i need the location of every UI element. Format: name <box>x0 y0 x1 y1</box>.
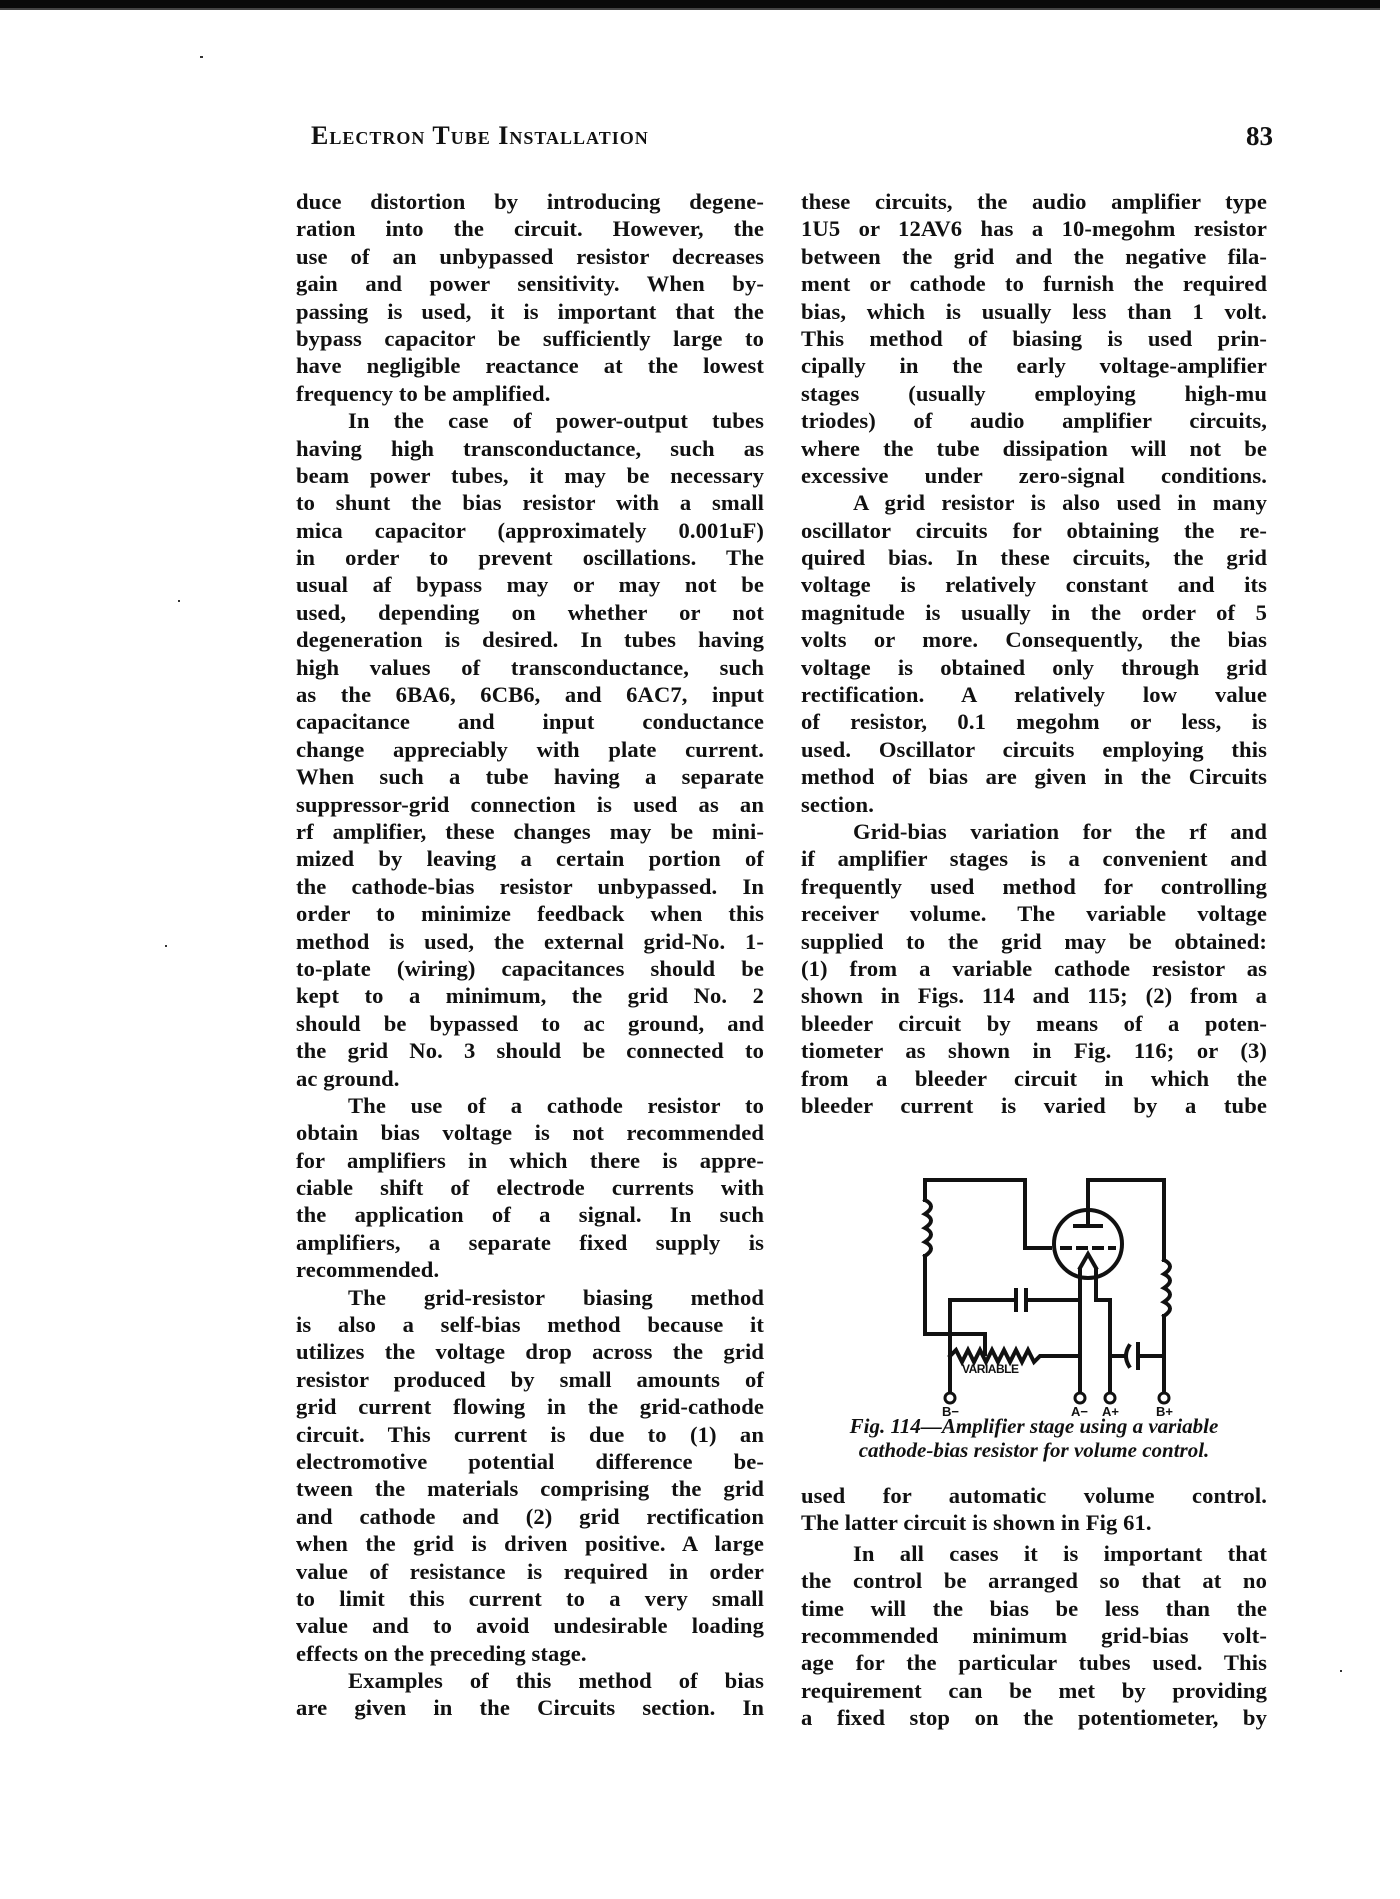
caption-line: cathode-bias resistor for volume control… <box>800 1438 1268 1462</box>
text-line: magnitude is usually in the order of 5 <box>801 599 1267 626</box>
text-line: quired bias. In these circuits, the grid <box>801 544 1267 571</box>
text-line: use of an unbypassed resistor decreases <box>296 243 764 270</box>
text-line: supplied to the grid may be obtained: <box>801 928 1267 955</box>
text-line: tiometer as shown in Fig. 116; or (3) <box>801 1037 1267 1064</box>
text-line: is also a self-bias method because it <box>296 1311 764 1338</box>
text-line: suppressor-grid connection is used as an <box>296 791 764 818</box>
text-line: kept to a minimum, the grid No. 2 <box>296 982 764 1009</box>
text-line: grid current flowing in the grid-cathode <box>296 1393 764 1420</box>
text-line: bleeder current is varied by a tube <box>801 1092 1267 1119</box>
text-line: value and to avoid undesirable loading <box>296 1612 764 1639</box>
text-line: ration into the circuit. However, the <box>296 215 764 242</box>
text-line: stages (usually employing high-mu <box>801 380 1267 407</box>
text-line: where the tube dissipation will not be <box>801 435 1267 462</box>
text-line: voltage is obtained only through grid <box>801 654 1267 681</box>
text-line: gain and power sensitivity. When by- <box>296 270 764 297</box>
term-circuits: Circuits <box>1189 764 1267 789</box>
text-line: excessive under zero-signal conditions. <box>801 462 1267 489</box>
scan-speck <box>178 600 180 602</box>
text-line: method is used, the external grid-No. 1- <box>296 928 764 955</box>
text-line: The latter circuit is shown in Fig 61. <box>801 1509 1267 1536</box>
text-line: frequently used method for controlling <box>801 873 1267 900</box>
text-line: electromotive potential difference be- <box>296 1448 764 1475</box>
text-line: obtain bias voltage is not recommended <box>296 1119 764 1146</box>
text-line: duce distortion by introducing degene- <box>296 188 764 215</box>
text-line: utilizes the voltage drop across the gri… <box>296 1338 764 1365</box>
text-line: voltage is relatively constant and its <box>801 571 1267 598</box>
text-line: used. Oscillator circuits employing this <box>801 736 1267 763</box>
text-line: section. <box>801 791 1267 818</box>
text-fragment: biasing method <box>583 1285 764 1310</box>
text-line: to limit this current to a very small <box>296 1585 764 1612</box>
paragraph-start-grid-bias: Grid-bias variation for the rf and <box>801 818 1267 845</box>
text-line: resistor produced by small amounts of <box>296 1366 764 1393</box>
right-column: these circuits, the audio amplifier type… <box>801 188 1267 1119</box>
text-line: receiver volume. The variable voltage <box>801 900 1267 927</box>
text-line: bias, which is usually less than 1 volt. <box>801 298 1267 325</box>
scan-top-edge <box>0 0 1380 8</box>
text-line: the grid No. 3 should be connected to <box>296 1037 764 1064</box>
text-line: mica capacitor (approximately 0.001uF) <box>296 517 764 544</box>
text-line: these circuits, the audio amplifier type <box>801 188 1267 215</box>
text-line: change appreciably with plate current. <box>296 736 764 763</box>
text-line: usual af bypass may or may not be <box>296 571 764 598</box>
text-line: When such a tube having a separate <box>296 763 764 790</box>
text-line: should be bypassed to ac ground, and <box>296 1010 764 1037</box>
text-line: frequency to be amplified. <box>296 380 764 407</box>
text-line: of resistor, 0.1 megohm or less, is <box>801 708 1267 735</box>
text-line: used for automatic volume control. <box>801 1482 1267 1509</box>
text-line: value of resistance is required in order <box>296 1558 764 1585</box>
text-line: requirement can be met by providing <box>801 1677 1267 1704</box>
text-fragment: for the rf and <box>1083 819 1267 844</box>
text-line: beam power tubes, it may be necessary <box>296 462 764 489</box>
text-line: as the 6BA6, 6CB6, and 6AC7, input <box>296 681 764 708</box>
term-grid-resistor: grid-resistor <box>424 1285 545 1310</box>
paragraph-start-grid-resistor: The grid-resistor biasing method <box>296 1284 764 1311</box>
text-line: recommended minimum grid-bias volt- <box>801 1622 1267 1649</box>
paragraph-lead: The <box>348 1285 386 1310</box>
amplifier-circuit-diagram <box>900 1160 1270 1420</box>
figure-114-schematic: VARIABLE B− A− A+ B+ <box>900 1160 1270 1420</box>
paragraph-start: Examples of this method of bias <box>296 1667 764 1694</box>
text-line: to-plate (wiring) capacitances should be <box>296 955 764 982</box>
text-line: high values of transconductance, such <box>296 654 764 681</box>
text-line: capacitance and input conductance <box>296 708 764 735</box>
text-line: ment or cathode to furnish the required <box>801 270 1267 297</box>
text-line: the application of a signal. In such <box>296 1201 764 1228</box>
running-head: Electron Tube Installation 83 <box>311 121 1273 161</box>
scan-speck <box>165 945 167 947</box>
text-line: age for the particular tubes used. This <box>801 1649 1267 1676</box>
text-fragment: section. In <box>642 1695 764 1720</box>
text-line: (1) from a variable cathode resistor as <box>801 955 1267 982</box>
text-line: if amplifier stages is a convenient and <box>801 845 1267 872</box>
text-line: and cathode and (2) grid rectification <box>296 1503 764 1530</box>
page-number: 83 <box>1246 121 1273 152</box>
text-line: have negligible reactance at the lowest <box>296 352 764 379</box>
text-line: ciable shift of electrode currents with <box>296 1174 764 1201</box>
text-line: the control be arranged so that at no <box>801 1567 1267 1594</box>
text-line: 1U5 or 12AV6 has a 10-megohm resistor <box>801 215 1267 242</box>
scan-top-edge-shadow <box>0 8 1380 10</box>
text-fragment: method of bias are given in the <box>801 764 1171 789</box>
text-line: bleeder circuit by means of a poten- <box>801 1010 1267 1037</box>
text-fragment: are given in the <box>296 1695 510 1720</box>
paragraph-start: A grid resistor is also used in many <box>801 489 1267 516</box>
figure-caption: Fig. 114—Amplifier stage using a variabl… <box>800 1414 1268 1462</box>
paragraph-start: The use of a cathode resistor to <box>296 1092 764 1119</box>
left-column: duce distortion by introducing degene- r… <box>296 188 764 1722</box>
text-line: a fixed stop on the potentiometer, by <box>801 1704 1267 1731</box>
text-line: This method of biasing is used prin- <box>801 325 1267 352</box>
running-title: Electron Tube Installation <box>311 121 649 151</box>
text-line: tween the materials comprising the grid <box>296 1475 764 1502</box>
paragraph-start: In the case of power-output tubes <box>296 407 764 434</box>
text-line: volts or more. Consequently, the bias <box>801 626 1267 653</box>
right-column-continued: used for automatic volume control. The l… <box>801 1482 1267 1732</box>
scan-speck <box>200 56 203 58</box>
text-line: to shunt the bias resistor with a small <box>296 489 764 516</box>
text-line: when the grid is driven positive. A larg… <box>296 1530 764 1557</box>
text-line: for amplifiers in which there is appre- <box>296 1147 764 1174</box>
paragraph-start: In all cases it is important that <box>801 1540 1267 1567</box>
text-line: cipally in the early voltage-amplifier <box>801 352 1267 379</box>
text-line: passing is used, it is important that th… <box>296 298 764 325</box>
text-line: recommended. <box>296 1256 764 1283</box>
text-line-with-term: method of bias are given in the Circuits <box>801 763 1267 790</box>
term-grid-bias-variation: Grid-bias variation <box>853 819 1059 844</box>
text-line: shown in Figs. 114 and 115; (2) from a <box>801 982 1267 1009</box>
text-line: rf amplifier, these changes may be mini- <box>296 818 764 845</box>
scan-speck <box>1340 1670 1342 1672</box>
text-line: oscillator circuits for obtaining the re… <box>801 517 1267 544</box>
text-line: degeneration is desired. In tubes having <box>296 626 764 653</box>
text-line: amplifiers, a separate fixed supply is <box>296 1229 764 1256</box>
variable-resistor-label: VARIABLE <box>962 1362 1018 1376</box>
text-line: circuit. This current is due to (1) an <box>296 1421 764 1448</box>
text-line: order to minimize feedback when this <box>296 900 764 927</box>
text-line: time will the bias be less than the <box>801 1595 1267 1622</box>
text-line: between the grid and the negative fila- <box>801 243 1267 270</box>
text-line: from a bleeder circuit in which the <box>801 1065 1267 1092</box>
text-line: ac ground. <box>296 1065 764 1092</box>
text-line: rectification. A relatively low value <box>801 681 1267 708</box>
text-line: used, depending on whether or not <box>296 599 764 626</box>
text-line: the cathode-bias resistor unbypassed. In <box>296 873 764 900</box>
text-line: in order to prevent oscillations. The <box>296 544 764 571</box>
term-circuits: Circuits <box>537 1695 615 1720</box>
text-line: triodes) of audio amplifier circuits, <box>801 407 1267 434</box>
text-line: bypass capacitor be sufficiently large t… <box>296 325 764 352</box>
caption-line: Fig. 114—Amplifier stage using a variabl… <box>800 1414 1268 1438</box>
text-line: having high transconductance, such as <box>296 435 764 462</box>
text-line: effects on the preceding stage. <box>296 1640 764 1667</box>
text-line: mized by leaving a certain portion of <box>296 845 764 872</box>
text-line-with-term: are given in the Circuits section. In <box>296 1694 764 1721</box>
